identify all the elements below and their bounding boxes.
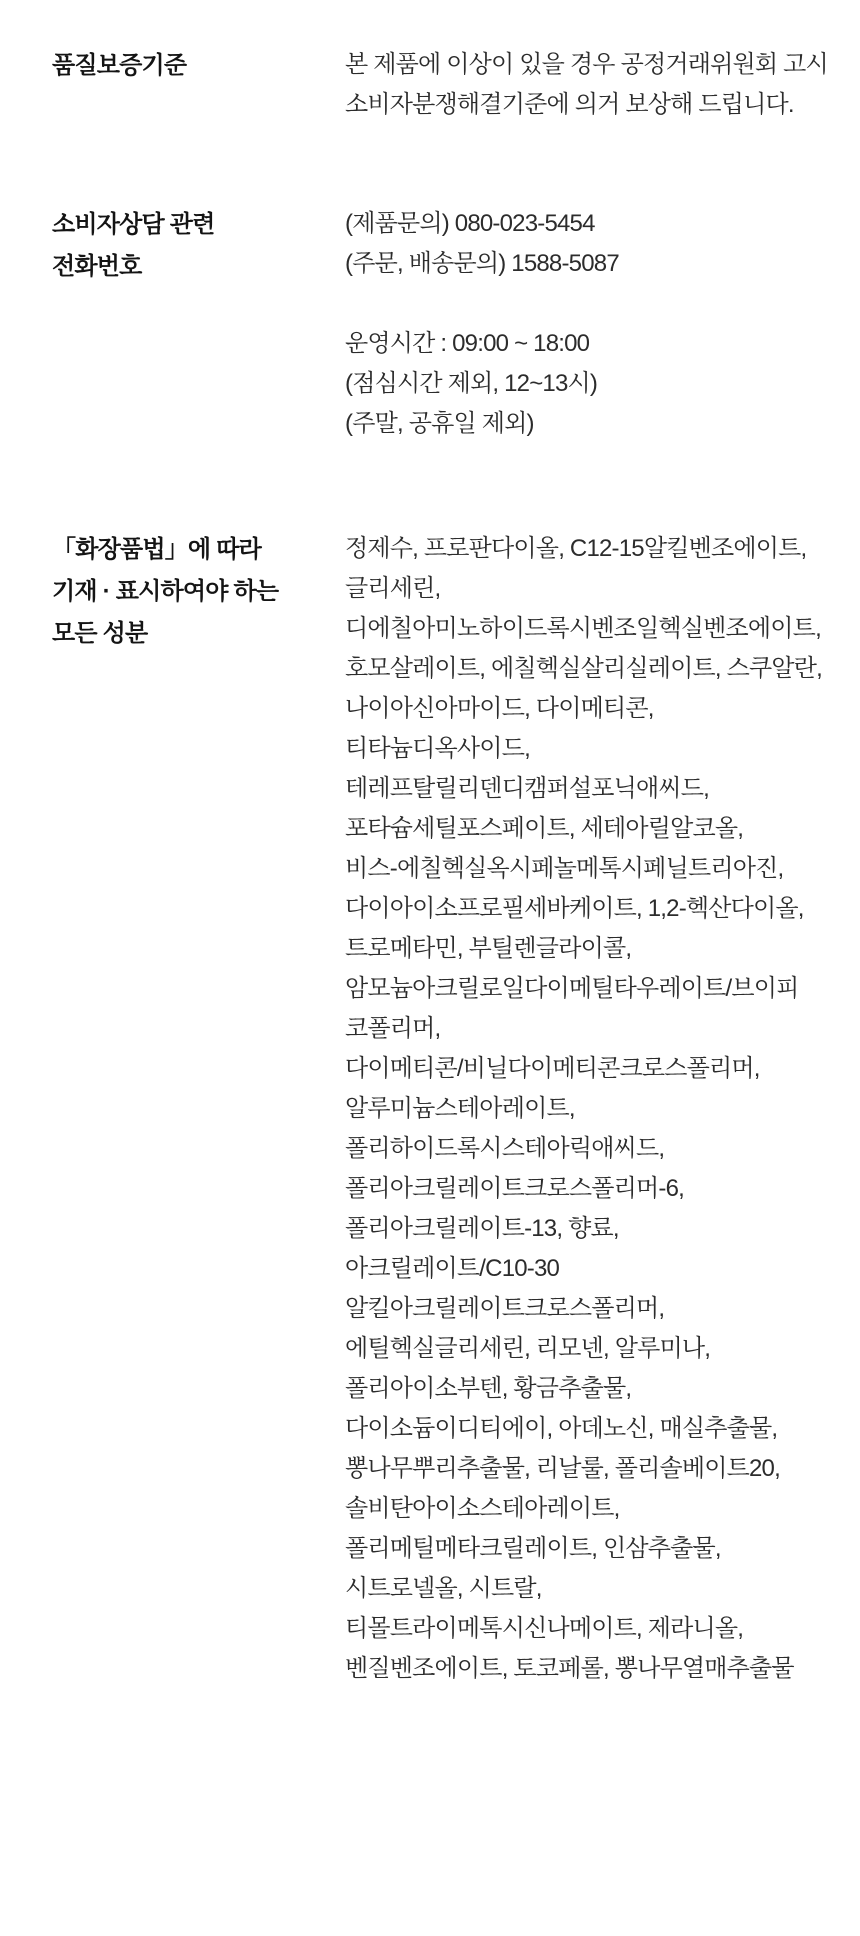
row-consumer-contact: 소비자상담 관련전화번호 (제품문의) 080-023-5454(주문, 배송문… xyxy=(52,204,836,444)
phone-line: (제품문의) 080-023-5454 xyxy=(345,204,836,244)
consumer-contact-text: (제품문의) 080-023-5454(주문, 배송문의) 1588-5087 … xyxy=(345,204,836,444)
ingredients-label: 「화장품법」에 따라기재 · 표시하여야 하는모든 성분 xyxy=(52,529,345,655)
ingredient-line: 에틸헥실글리세린, 리모넨, 알루미나, xyxy=(345,1329,836,1369)
ingredient-line: 글리세린, xyxy=(345,569,836,609)
label-line: 「화장품법」에 따라 xyxy=(52,529,345,571)
ingredient-line: 테레프탈릴리덴디캠퍼설포닉애씨드, xyxy=(345,769,836,809)
label-line: 기재 · 표시하여야 하는 xyxy=(52,571,345,613)
row-quality-assurance: 품질보증기준 본 제품에 이상이 있을 경우 공정거래위원회 고시소비자분쟁해결… xyxy=(52,45,836,125)
ingredient-line: 솔비탄아이소스테아레이트, xyxy=(345,1489,836,1529)
ingredient-line: 트로메타민, 부틸렌글라이콜, xyxy=(345,929,836,969)
product-info-sheet: 품질보증기준 본 제품에 이상이 있을 경우 공정거래위원회 고시소비자분쟁해결… xyxy=(0,0,860,1689)
text-line: 본 제품에 이상이 있을 경우 공정거래위원회 고시 xyxy=(345,45,836,85)
hours-line: (점심시간 제외, 12~13시) xyxy=(345,364,836,404)
consumer-contact-label: 소비자상담 관련전화번호 xyxy=(52,204,345,288)
label-line: 모든 성분 xyxy=(52,613,345,655)
label-line: 품질보증기준 xyxy=(52,45,345,87)
ingredient-line: 폴리메틸메타크릴레이트, 인삼추출물, xyxy=(345,1529,836,1569)
ingredient-line: 폴리아크릴레이트-13, 향료, xyxy=(345,1209,836,1249)
ingredient-line: 다이메티콘/비닐다이메티콘크로스폴리머, xyxy=(345,1049,836,1089)
ingredient-line: 폴리아크릴레이트크로스폴리머-6, xyxy=(345,1169,836,1209)
ingredient-line: 알킬아크릴레이트크로스폴리머, xyxy=(345,1289,836,1329)
hours-line: 운영시간 : 09:00 ~ 18:00 xyxy=(345,324,836,364)
ingredient-line: 호모살레이트, 에칠헥실살리실레이트, 스쿠알란, xyxy=(345,649,836,689)
ingredients-text: 정제수, 프로판다이올, C12-15알킬벤조에이트,글리세린,디에칠아미노하이… xyxy=(345,529,836,1689)
ingredient-line: 티타늄디옥사이드, xyxy=(345,729,836,769)
label-line: 전화번호 xyxy=(52,246,345,288)
hours-line: (주말, 공휴일 제외) xyxy=(345,404,836,444)
ingredient-line: 암모늄아크릴로일다이메틸타우레이트/브이피 xyxy=(345,969,836,1009)
ingredient-line: 벤질벤조에이트, 토코페롤, 뽕나무열매추출물 xyxy=(345,1649,836,1689)
ingredient-line: 알루미늄스테아레이트, xyxy=(345,1089,836,1129)
text-line: 소비자분쟁해결기준에 의거 보상해 드립니다. xyxy=(345,85,836,125)
ingredient-line: 폴리하이드록시스테아릭애씨드, xyxy=(345,1129,836,1169)
ingredient-line: 시트로넬올, 시트랄, xyxy=(345,1569,836,1609)
ingredient-line: 다이아이소프로필세바케이트, 1,2-헥산다이올, xyxy=(345,889,836,929)
ingredient-line: 디에칠아미노하이드록시벤조일헥실벤조에이트, xyxy=(345,609,836,649)
label-line: 소비자상담 관련 xyxy=(52,204,345,246)
phone-numbers: (제품문의) 080-023-5454(주문, 배송문의) 1588-5087 xyxy=(345,204,836,284)
ingredient-line: 코폴리머, xyxy=(345,1009,836,1049)
ingredient-line: 폴리아이소부텐, 황금추출물, xyxy=(345,1369,836,1409)
quality-assurance-text: 본 제품에 이상이 있을 경우 공정거래위원회 고시소비자분쟁해결기준에 의거 … xyxy=(345,45,836,125)
ingredient-line: 정제수, 프로판다이올, C12-15알킬벤조에이트, xyxy=(345,529,836,569)
quality-assurance-label: 품질보증기준 xyxy=(52,45,345,87)
ingredient-line: 포타슘세틸포스페이트, 세테아릴알코올, xyxy=(345,809,836,849)
ingredient-line: 아크릴레이트/C10-30 xyxy=(345,1249,836,1289)
ingredient-line: 나이아신아마이드, 다이메티콘, xyxy=(345,689,836,729)
ingredient-line: 티몰트라이메톡시신나메이트, 제라니올, xyxy=(345,1609,836,1649)
operating-hours: 운영시간 : 09:00 ~ 18:00(점심시간 제외, 12~13시)(주말… xyxy=(345,324,836,444)
ingredient-line: 뽕나무뿌리추출물, 리날룰, 폴리솔베이트20, xyxy=(345,1449,836,1489)
ingredient-line: 다이소듐이디티에이, 아데노신, 매실추출물, xyxy=(345,1409,836,1449)
phone-line: (주문, 배송문의) 1588-5087 xyxy=(345,244,836,284)
row-ingredients: 「화장품법」에 따라기재 · 표시하여야 하는모든 성분 정제수, 프로판다이올… xyxy=(52,529,836,1689)
ingredient-line: 비스-에칠헥실옥시페놀메톡시페닐트리아진, xyxy=(345,849,836,889)
